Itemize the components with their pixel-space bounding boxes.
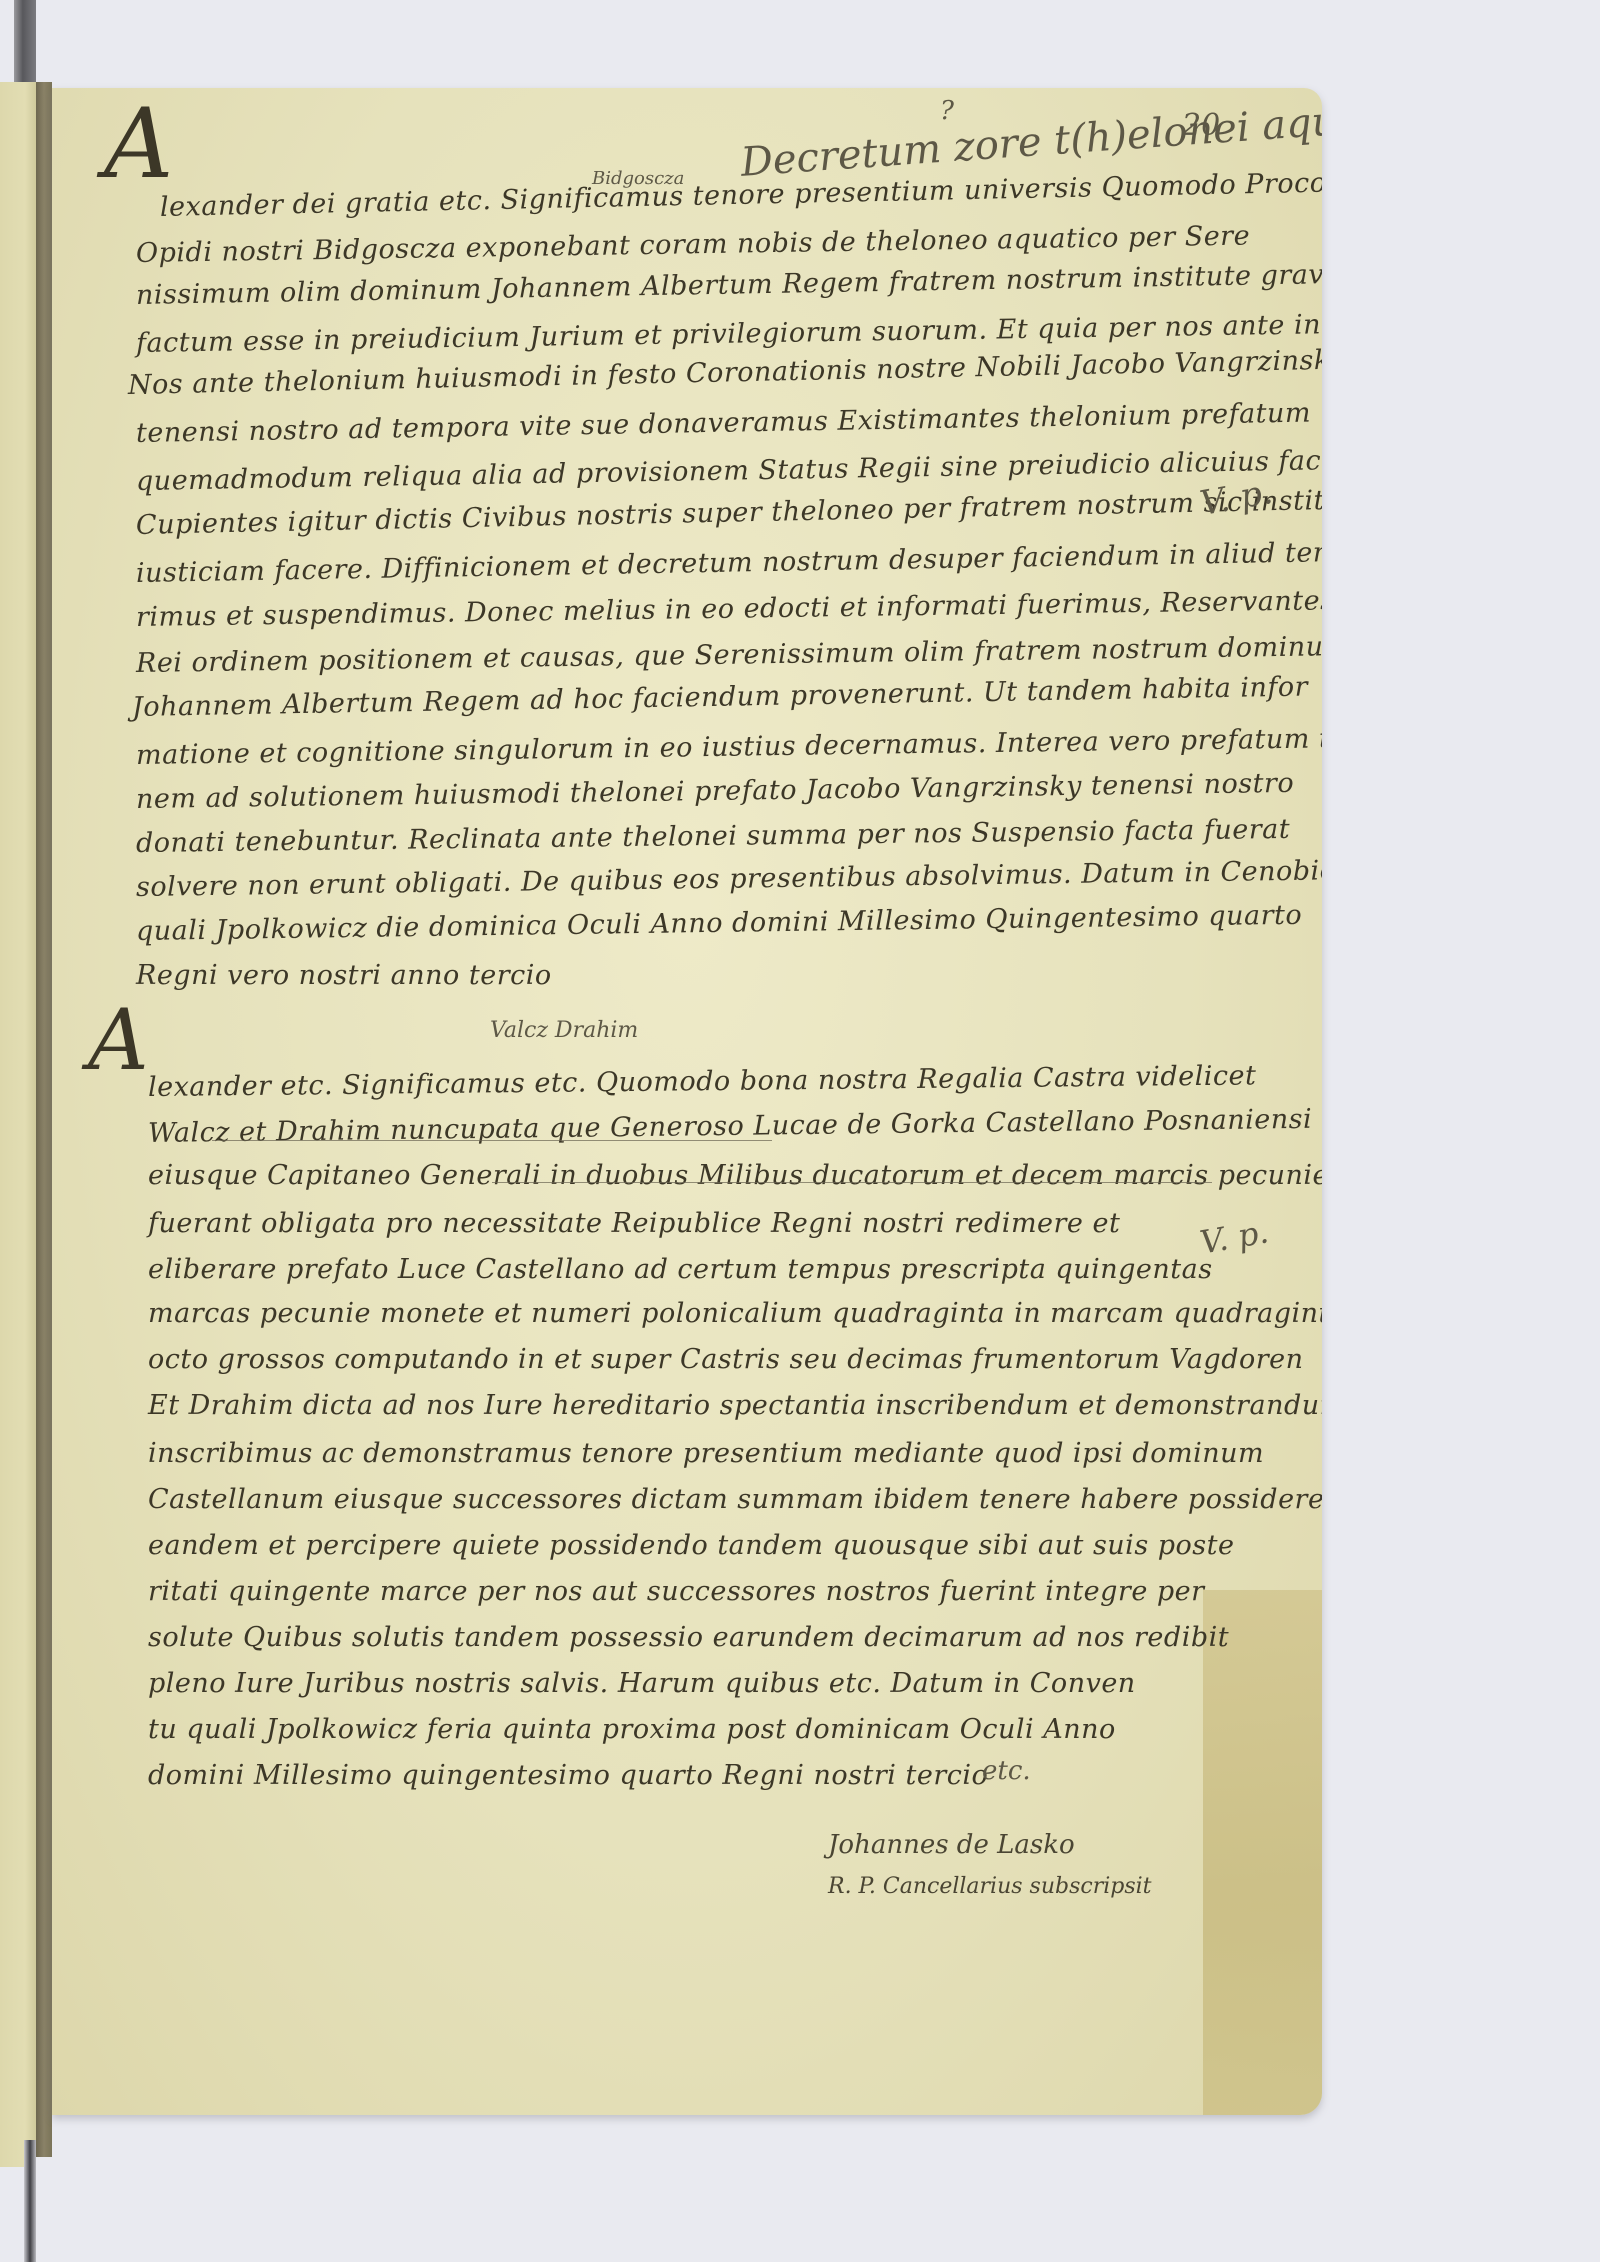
doc2-line-12: ritati quingente marce per nos aut succe… [148, 1576, 1205, 1607]
doc2-line-14: pleno Iure Juribus nostris salvis. Harum… [148, 1668, 1136, 1699]
drop-initial-a-2: A [88, 998, 149, 1082]
folio-number: 20 [1182, 108, 1220, 143]
doc2-line-10: Castellanum eiusque successores dictam s… [148, 1484, 1322, 1515]
doc1-line-15: donati tenebuntur. Reclinata ante thelon… [136, 814, 1290, 859]
binding-gutter [36, 82, 52, 2157]
doc2-line-15: tu quali Jpolkowicz feria quinta proxima… [148, 1714, 1116, 1745]
doc1-line-17: quali Jpolkowicz die dominica Oculi Anno… [136, 900, 1303, 947]
doc1-line-6: tenensi nostro ad tempora vite sue donav… [136, 397, 1312, 449]
signature-name: Johannes de Lasko [828, 1830, 1075, 1860]
adjacent-leaf-shadow-top [14, 0, 36, 82]
doc2-line-3: eiusque Capitaneo Generali in duobus Mil… [148, 1160, 1322, 1191]
doc2-line-16: domini Millesimo quingentesimo quarto Re… [148, 1760, 988, 1791]
doc1-line-2: Opidi nostri Bidgoscza exponebant coram … [136, 221, 1251, 269]
doc2-line-6: marcas pecunie monete et numeri polonica… [148, 1298, 1322, 1329]
doc1-line-16: solvere non erunt obligati. De quibus eo… [136, 855, 1322, 903]
doc2-line-2: Walcz et Drahim nuncupata que Generoso L… [148, 1104, 1313, 1149]
doc2-line-1: lexander etc. Significamus etc. Quomodo … [148, 1060, 1257, 1103]
underline-2 [492, 1182, 1212, 1183]
document-2-title: Valcz Drahim [490, 1018, 638, 1043]
doc2-line-11: eandem et percipere quiete possidendo ta… [148, 1530, 1234, 1561]
adjacent-leaf-shadow-bottom [24, 2140, 36, 2262]
doc2-line-8: Et Drahim dicta ad nos Iure hereditario … [148, 1390, 1322, 1421]
doc1-line-9: iusticiam facere. Diffinicionem et decre… [136, 535, 1322, 589]
underline-1 [212, 1140, 772, 1141]
doc1-line-10: rimus et suspendimus. Donec melius in eo… [136, 585, 1322, 633]
water-stain [1203, 1590, 1322, 2115]
header-question-mark: ? [940, 96, 954, 126]
margin-note-vp-2: V. p. [1197, 1212, 1271, 1261]
doc1-line-14: nem ad solutionem huiusmodi thelonei pre… [136, 768, 1295, 815]
doc2-line-9: inscribimus ac demonstramus tenore prese… [148, 1438, 1264, 1469]
signature-title: R. P. Cancellarius subscripsit [828, 1874, 1152, 1899]
doc1-line-12: Johannem Albertum Regem ad hoc faciendum… [132, 671, 1309, 723]
doc2-line-13: solute Quibus solutis tandem possessio e… [148, 1622, 1229, 1653]
doc2-line-5: eliberare prefato Luce Castellano ad cer… [148, 1254, 1213, 1285]
doc2-line-4: fuerant obligata pro necessitate Reipubl… [148, 1208, 1120, 1239]
doc1-line-13: matione et cognitione singulorum in eo i… [136, 723, 1322, 771]
closing-flourish: etc. [982, 1756, 1031, 1786]
manuscript-page: Decretum zore t(h)elonei aquatici ? 20 A… [52, 88, 1322, 2115]
drop-initial-a: A [104, 96, 173, 192]
doc2-line-7: octo grossos computando in et super Cast… [148, 1344, 1304, 1375]
adjacent-leaf-edge [0, 82, 36, 2167]
doc1-line-18: Regni vero nostri anno tercio [136, 960, 552, 991]
doc1-line-11: Rei ordinem positionem et causas, que Se… [136, 631, 1322, 679]
